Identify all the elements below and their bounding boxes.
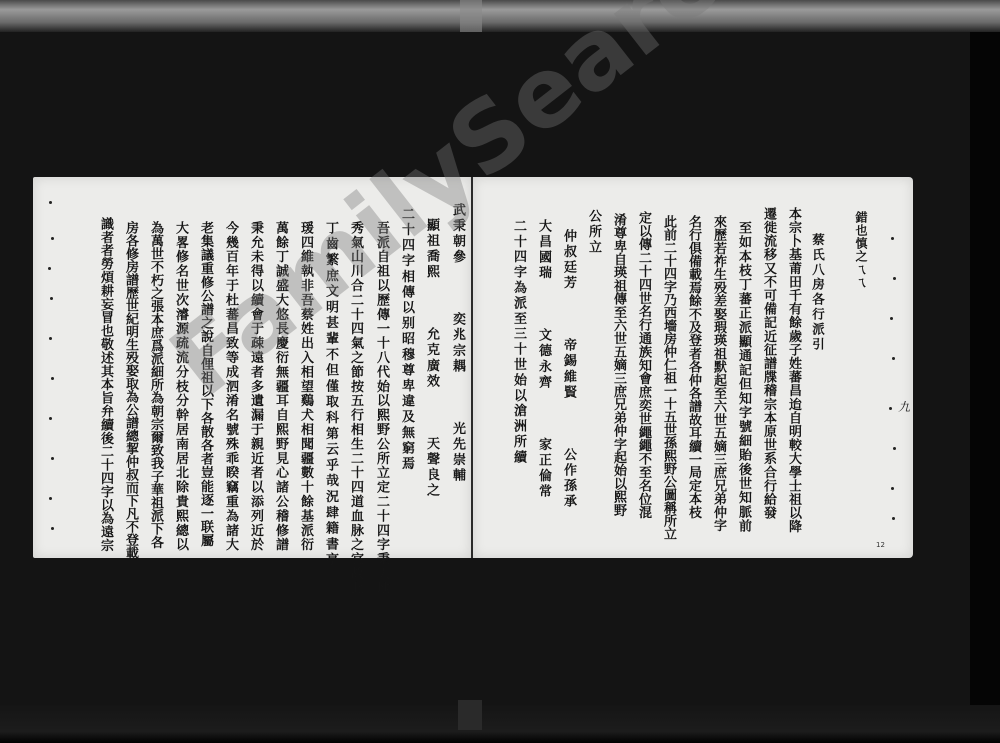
margin-speck xyxy=(49,337,52,340)
margin-speck xyxy=(50,297,53,300)
margin-speck xyxy=(891,487,894,490)
right-page-column-3: 至如本枝丁蕃正派顯通記但知字號細貽後世知脈前 xyxy=(737,221,750,533)
right-page-column-8: 淆尊卑自瑛祖傳至六世五嫡三庶兄弟仲字起始以熙野 xyxy=(612,213,625,517)
left-page: 武秉朝參 奕兆宗耦 光先崇輔 顯祖喬熙 允克廣效 天聲良之 二十四字相傳以别昭穆… xyxy=(33,177,471,558)
left-page-column-5: 秀氣山川合二十四氣之節按五行相生二十四道血脉之宜故此 xyxy=(349,221,362,595)
right-page-column-4: 來歷若祚生殁差娶瑕瑛祖默起至六世五嫡三庶兄弟仲字 xyxy=(712,215,725,532)
left-page-column-2: 顯祖喬熙 允克廣效 天聲良之 xyxy=(425,218,438,499)
margin-speck xyxy=(892,517,895,520)
left-page-column-7: 瑗四維執非吾蔡姓出入相望鷄犬相聞疆數十餘基派衍 xyxy=(299,221,312,552)
margin-speck xyxy=(49,201,52,204)
margin-speck xyxy=(893,447,896,450)
margin-speck xyxy=(51,527,54,530)
film-gutter-mark-top xyxy=(460,0,482,32)
left-page-column-4: 吾派自祖以歷傳一十八代始以熙野公所立定二十四字秉天地 xyxy=(375,221,388,595)
left-page-column-3: 二十四字相傳以别昭穆尊卑違及無窮焉 xyxy=(400,207,413,472)
right-page-column-10: 仲叔廷芳 帝錫維賢 公作孫承 xyxy=(562,229,575,510)
margin-speck xyxy=(892,357,895,360)
right-page-column-12: 二十四字為派至三十世始以滄洲所續 xyxy=(512,219,525,465)
film-edge-right xyxy=(970,32,1000,705)
margin-title: 錯也慎之ㄟㄟ xyxy=(855,211,867,289)
scanner-top-rail xyxy=(0,0,1000,32)
margin-speck xyxy=(51,457,54,460)
margin-speck xyxy=(51,237,54,240)
left-page-column-14: 房各修房譜歷世紀明生殁娶取為公譜總挈仲叔而下凡不登載 xyxy=(124,221,137,559)
margin-mark: 九 xyxy=(898,398,910,415)
left-page-column-10: 今幾百年于杜蕃昌致等成泗淆名號殊乖睽竊重為諸大 xyxy=(224,221,237,552)
margin-speck xyxy=(890,317,893,320)
margin-speck xyxy=(49,497,52,500)
left-page-column-13: 為萬世不朽之張本庶爲派細所為朝宗爾致我子華祖派下各 xyxy=(149,221,162,549)
film-gutter-mark-bottom xyxy=(458,700,482,730)
right-page-column-5: 名行俱備載焉餘不及登者各仲各譜故耳續一局定本枝 xyxy=(687,215,700,519)
page-number: 12 xyxy=(876,541,885,549)
section-heading: 蔡氏八房各行派引 xyxy=(811,233,824,352)
left-page-column-15: 識者者勞煩耕妄冒也敬述其本旨弁續後二十四字以為遠宗 xyxy=(99,217,112,552)
right-page-column-9: 公所立 xyxy=(587,209,600,256)
margin-speck xyxy=(49,417,52,420)
scanner-bottom-rail xyxy=(0,705,1000,743)
left-page-column-1: 武秉朝參 奕兆宗耦 光先崇輔 xyxy=(451,203,464,484)
margin-speck xyxy=(51,377,54,380)
left-page-column-6: 丁齒繁庶文明甚輩不但僅取科第云乎哉況肆籍書亭 xyxy=(324,221,337,569)
margin-speck xyxy=(891,237,894,240)
margin-speck xyxy=(889,407,892,410)
right-page-column-1: 本宗卜基莆田千有餘歲子姓蕃昌迨自明較大學士祖以降 xyxy=(787,207,800,533)
margin-speck xyxy=(893,277,896,280)
right-page: 錯也慎之ㄟㄟ 蔡氏八房各行派引 本宗卜基莆田千有餘歲子姓蕃昌迨自明較大學士祖以降… xyxy=(473,177,913,558)
left-page-column-9: 秉允未得以續會于疎遠者多遺漏于親近者以添列近於 xyxy=(249,221,262,552)
left-page-column-12: 大畧修名世次濬源疏流分枝分幹居南居北除貴熙總以 xyxy=(174,221,187,552)
margin-speck xyxy=(48,267,51,270)
right-page-column-6: 此前二十四字乃西墻房仲仁祖一十五世孫熙野公圖稱所立 xyxy=(662,215,675,540)
right-page-column-7: 定以傳二十四世名行通族知會庶奕世繩繩不至名位混 xyxy=(637,211,650,519)
left-page-column-8: 萬餘丁誠盛大悠長慶衍無疆耳自熙野見心諸公稽修譜 xyxy=(274,221,287,552)
right-page-column-11: 大昌國瑞 文德永齊 家正倫常 xyxy=(537,219,550,500)
right-page-column-2: 遷徙流移又不可備記近征譜牒稽宗本原世系合行給發 xyxy=(762,207,775,520)
left-page-column-11: 老集議重修公譜之說自俚祖以下各散各者豈能逐一联屬 xyxy=(199,221,212,547)
